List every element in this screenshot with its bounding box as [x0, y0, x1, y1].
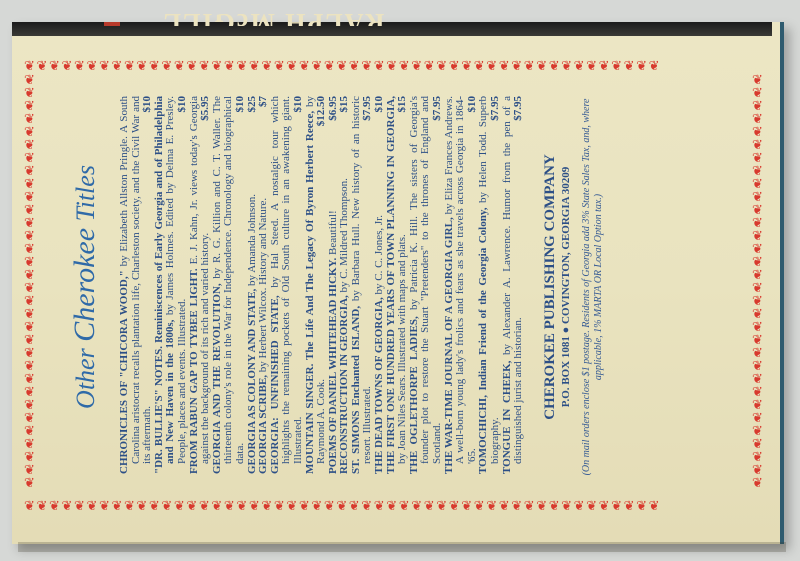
title-entry: CHRONICLES OF "CHICORA WOOD," by Elizabe…: [119, 96, 154, 474]
spine-title: RALPH McGILL: [138, 14, 408, 26]
entry-price: $7.95: [513, 96, 525, 117]
entry-description: by C. Mildred Thompson.: [338, 178, 350, 295]
entry-title: THE WAR-TIME JOURNAL OF A GEORGIA GIRL,: [443, 217, 455, 474]
entry-title: GEORGIA AS COLONY AND STATE,: [246, 289, 258, 474]
publisher-name: CHEROKEE PUBLISHING COMPANY: [541, 78, 559, 496]
entry-title: CHRONICLES OF "CHICORA WOOD,": [118, 270, 130, 474]
entry-price: $12.50: [316, 96, 328, 122]
title-entry: TOMOCHICHI, Indian Friend of the Georgia…: [478, 96, 501, 474]
entry-title: MOUNTAIN SINGER. The Life And The Legacy…: [304, 111, 316, 474]
title-entries: CHRONICLES OF "CHICORA WOOD," by Elizabe…: [119, 78, 525, 496]
title-entry: GEORGIA: UNFINISHED STATE, by Hal Steed.…: [270, 96, 305, 474]
heading-word-cherokee: Cherokee: [68, 228, 101, 342]
entry-description: by Amanda Johnson.: [246, 194, 258, 289]
entry-description: by C. C. Jones, Jr.: [373, 215, 385, 297]
heading-word-titles: Titles: [71, 165, 100, 221]
title-entry: MOUNTAIN SINGER. The Life And The Legacy…: [305, 96, 328, 474]
entry-price: $10: [235, 96, 247, 109]
entry-title: ST. SIMONS Enchanted ISLAND,: [350, 306, 362, 474]
entry-description: by Joan Niles Sears. Illustrated with ma…: [396, 234, 408, 464]
title-entry: ST. SIMONS Enchanted ISLAND, by Barbara …: [351, 96, 374, 474]
entry-title: FROM RABUN GAP TO TYBEE LIGHT.: [188, 268, 200, 474]
ornament-border-bottom: ❦❦❦❦❦❦❦❦❦❦❦❦❦❦❦❦❦❦❦❦❦❦❦❦❦❦❦❦❦❦❦❦❦❦❦❦❦❦❦❦…: [24, 500, 766, 514]
spine-ornament: [104, 22, 120, 26]
rotated-text-panel: Other Cherokee Titles CHRONICLES OF "CHI…: [56, 78, 746, 496]
title-entry: FROM RABUN GAP TO TYBEE LIGHT. E. J. Kah…: [189, 96, 212, 474]
ornament-border-left: ❦❦❦❦❦❦❦❦❦❦❦❦❦❦❦❦❦❦❦❦❦❦❦❦❦❦❦❦❦❦❦❦: [24, 74, 38, 500]
title-entry: "DR. BULLIE'S" NOTES. Reminiscences of E…: [154, 96, 189, 474]
entry-title: THE FIRST ONE HUNDRED YEARS OF TOWN PLAN…: [385, 96, 397, 474]
heading-word-other: Other: [71, 348, 100, 409]
entry-title: RECONSTRUCTION IN GEORGIA,: [338, 295, 350, 474]
mail-order-note: (On mail orders enclose $1 postage. Resi…: [581, 78, 605, 496]
publisher-address: P.O. BOX 1081 ● COVINGTON, GEORGIA 30209: [559, 78, 573, 496]
entry-description: Beautiful!: [327, 210, 339, 257]
entry-title: GEORGIA AND THE REVOLUTION,: [211, 283, 223, 474]
title-entry: THE OGLETHORPE LADIES, by Patricia K. Hi…: [409, 96, 444, 474]
entry-description: by Herbert Wilcox. History and Nature.: [257, 198, 269, 375]
entry-title: POEMS OF DANIEL WHITEHEAD HICKY.: [327, 258, 339, 474]
entry-title: TONGUE IN CHEEK,: [501, 361, 513, 474]
entry-title: GEORGIA: UNFINISHED STATE,: [269, 295, 281, 474]
entry-title: GEORGIA SCRIBE,: [257, 375, 269, 474]
book-shadow: [18, 542, 786, 552]
title-entry: TONGUE IN CHEEK, by Alexander A. Lawrenc…: [502, 96, 525, 474]
title-entry: THE WAR-TIME JOURNAL OF A GEORGIA GIRL, …: [444, 96, 479, 474]
publisher-block: CHEROKEE PUBLISHING COMPANY P.O. BOX 108…: [541, 78, 605, 496]
panel-heading: Other Cherokee Titles: [70, 78, 101, 496]
entry-title: THE OGLETHORPE LADIES,: [408, 316, 420, 474]
ornament-border-top: ❦❦❦❦❦❦❦❦❦❦❦❦❦❦❦❦❦❦❦❦❦❦❦❦❦❦❦❦❦❦❦❦❦❦❦❦❦❦❦❦…: [24, 60, 766, 74]
title-list-panel: Other Cherokee Titles CHRONICLES OF "CHI…: [56, 78, 746, 496]
title-entry: GEORGIA AND THE REVOLUTION, by R. G. Kil…: [212, 96, 247, 474]
ornament-border-right: ❦❦❦❦❦❦❦❦❦❦❦❦❦❦❦❦❦❦❦❦❦❦❦❦❦❦❦❦❦❦❦❦: [752, 74, 766, 500]
entry-title: TOMOCHICHI, Indian Friend of the Georgia…: [477, 208, 489, 475]
title-entry: THE FIRST ONE HUNDRED YEARS OF TOWN PLAN…: [386, 96, 409, 474]
entry-title: THE DEAD TOWNS OF GEORGIA,: [373, 297, 385, 474]
